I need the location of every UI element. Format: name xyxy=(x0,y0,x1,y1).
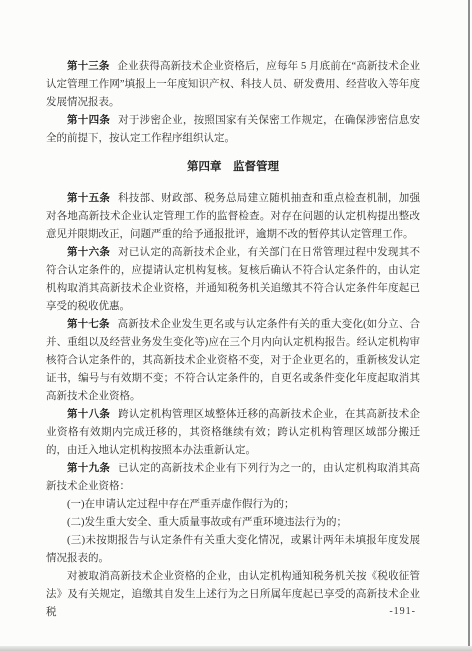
article-paragraph: 第十四条对于涉密企业，按照国家有关保密工作规定，在确保涉密信息安全的前提下，按认… xyxy=(46,112,420,148)
article-number: 第十九条 xyxy=(67,463,110,474)
article-number: 第十八条 xyxy=(67,409,110,420)
list-item-paragraph: (一)在申请认定过程中存在严重弄虚作假行为的； xyxy=(46,496,420,514)
chapter-heading: 第四章 监督管理 xyxy=(46,158,420,176)
article-paragraph: 第十七条高新技术企业发生更名或与认定条件有关的重大变化(如分立、合并、重组以及经… xyxy=(46,316,420,406)
article-number: 第十五条 xyxy=(67,193,110,204)
paragraph-text: 第四章 监督管理 xyxy=(187,161,279,173)
paragraph-text: 高新技术企业发生更名或与认定条件有关的重大变化(如分立、合并、重组以及经营业务发… xyxy=(46,319,420,402)
page-scan-right-edge xyxy=(468,0,470,651)
article-paragraph: 第十六条对已认定的高新技术企业，有关部门在日常管理过程中发现其不符合认定条件的，… xyxy=(46,244,420,316)
list-item-paragraph: (二)发生重大安全、重大质量事故或有严重环境违法行为的； xyxy=(46,514,420,532)
text-block: 第十三条企业获得高新技术企业资格后，应每年 5 月底前在“高新技术企业认定管理工… xyxy=(46,58,420,622)
article-number: 第十四条 xyxy=(67,115,110,126)
scanned-document-page: 第十三条企业获得高新技术企业资格后，应每年 5 月底前在“高新技术企业认定管理工… xyxy=(0,0,472,651)
article-number: 第十三条 xyxy=(67,61,110,72)
paragraph-text: (三)未按期报告与认定条件有关重大变化情况，或累计两年未填报年度发展情况报表的。 xyxy=(46,535,420,564)
paragraph-text: (二)发生重大安全、重大质量事故或有严重环境违法行为的； xyxy=(67,517,347,528)
article-paragraph: 第十九条已认定的高新技术企业有下列行为之一的，由认定机构取消其高新技术企业资格： xyxy=(46,460,420,496)
list-item-paragraph: (三)未按期报告与认定条件有关重大变化情况，或累计两年未填报年度发展情况报表的。 xyxy=(46,532,420,568)
page-number: -191- xyxy=(389,606,416,617)
paragraph-text: 对被取消高新技术企业资格的企业，由认定机构通知税务机关按《税收征管法》及有关规定… xyxy=(46,571,420,618)
article-paragraph: 第十八条跨认定机构管理区域整体迁移的高新技术企业，在其高新技术企业资格有效期内完… xyxy=(46,406,420,460)
page-scan-bottom-edge xyxy=(0,646,472,651)
article-paragraph: 第十五条科技部、财政部、税务总局建立随机抽查和重点检查机制，加强对各地高新技术企… xyxy=(46,190,420,244)
article-paragraph: 第十三条企业获得高新技术企业资格后，应每年 5 月底前在“高新技术企业认定管理工… xyxy=(46,58,420,112)
body-paragraph: 对被取消高新技术企业资格的企业，由认定机构通知税务机关按《税收征管法》及有关规定… xyxy=(46,568,420,622)
paragraph-text: (一)在申请认定过程中存在严重弄虚作假行为的； xyxy=(67,499,295,510)
article-number: 第十六条 xyxy=(67,247,110,258)
article-number: 第十七条 xyxy=(67,319,110,330)
